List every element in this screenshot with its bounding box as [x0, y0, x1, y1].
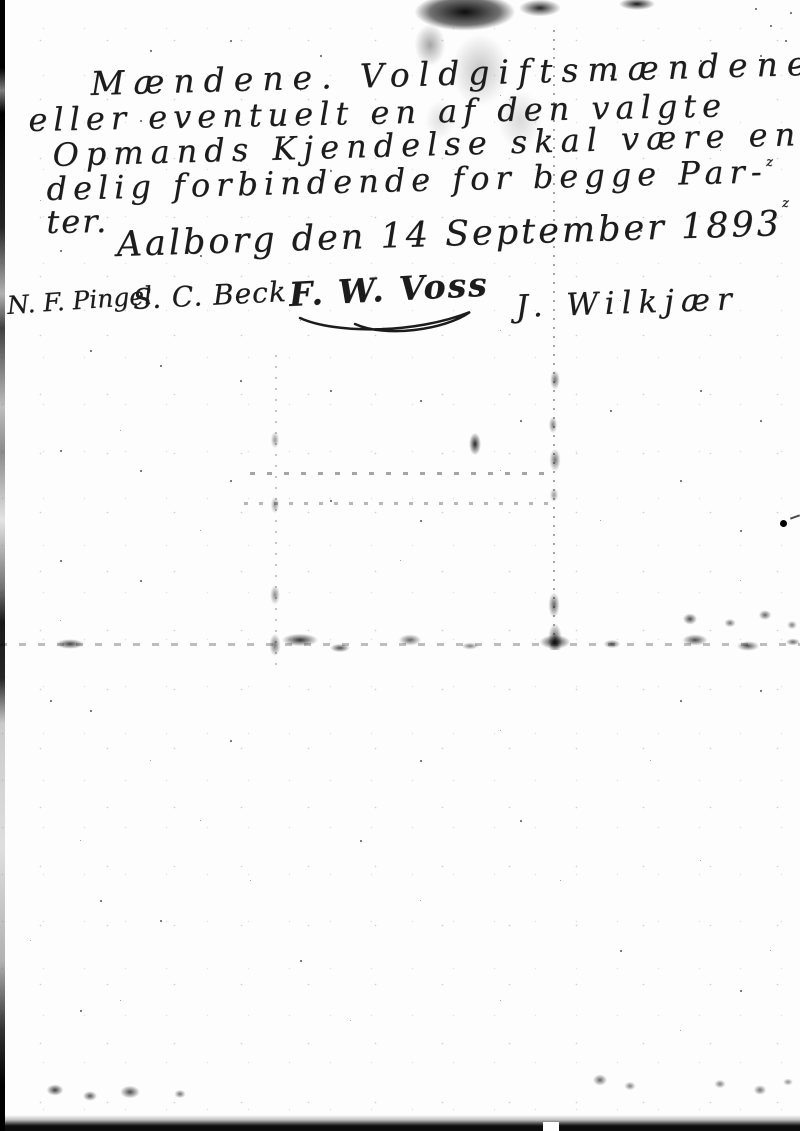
bleed-line: [250, 472, 550, 475]
handwritten-line-5: ter.: [46, 202, 108, 241]
signature-4: J. Wilkjær: [515, 281, 739, 325]
margin-mark-z-upper: z: [766, 155, 773, 170]
crease-dotline: [275, 355, 277, 665]
paper-speckles: [0, 0, 2, 2]
ink-dash-right-margin: [790, 514, 800, 519]
paper-speckles-faint: [0, 0, 1, 1]
fold-smudge-right: [660, 605, 800, 635]
scan-edge-left: [0, 0, 5, 1131]
ink-blot: [466, 428, 484, 460]
vertical-crease-left: [268, 355, 282, 665]
smudge-bottom-left: [30, 1078, 210, 1104]
ink-stain-top-right: [612, 0, 662, 16]
fold-line: [0, 628, 800, 658]
scanned-letter-page: Mændene. Voldgiftsmændenes eller eventue…: [0, 0, 800, 1131]
smudge-bottom-right: [700, 1072, 800, 1102]
dateline: Aalborg den 14 September 1893: [116, 204, 783, 265]
signature-2: S. C. Beck: [132, 275, 288, 316]
margin-mark-z-lower: z: [782, 196, 789, 211]
smudge-bottom-middle: [575, 1068, 665, 1096]
ink-dot-right-margin: [780, 520, 787, 527]
signature-flourish: [295, 300, 505, 336]
bleed-line: [244, 502, 556, 505]
signature-1: N. F. Pingel: [6, 281, 153, 320]
scan-edge-bottom: [0, 1112, 800, 1131]
scan-edge-gap: [543, 1122, 559, 1131]
bleed-through-grid: [240, 420, 570, 670]
